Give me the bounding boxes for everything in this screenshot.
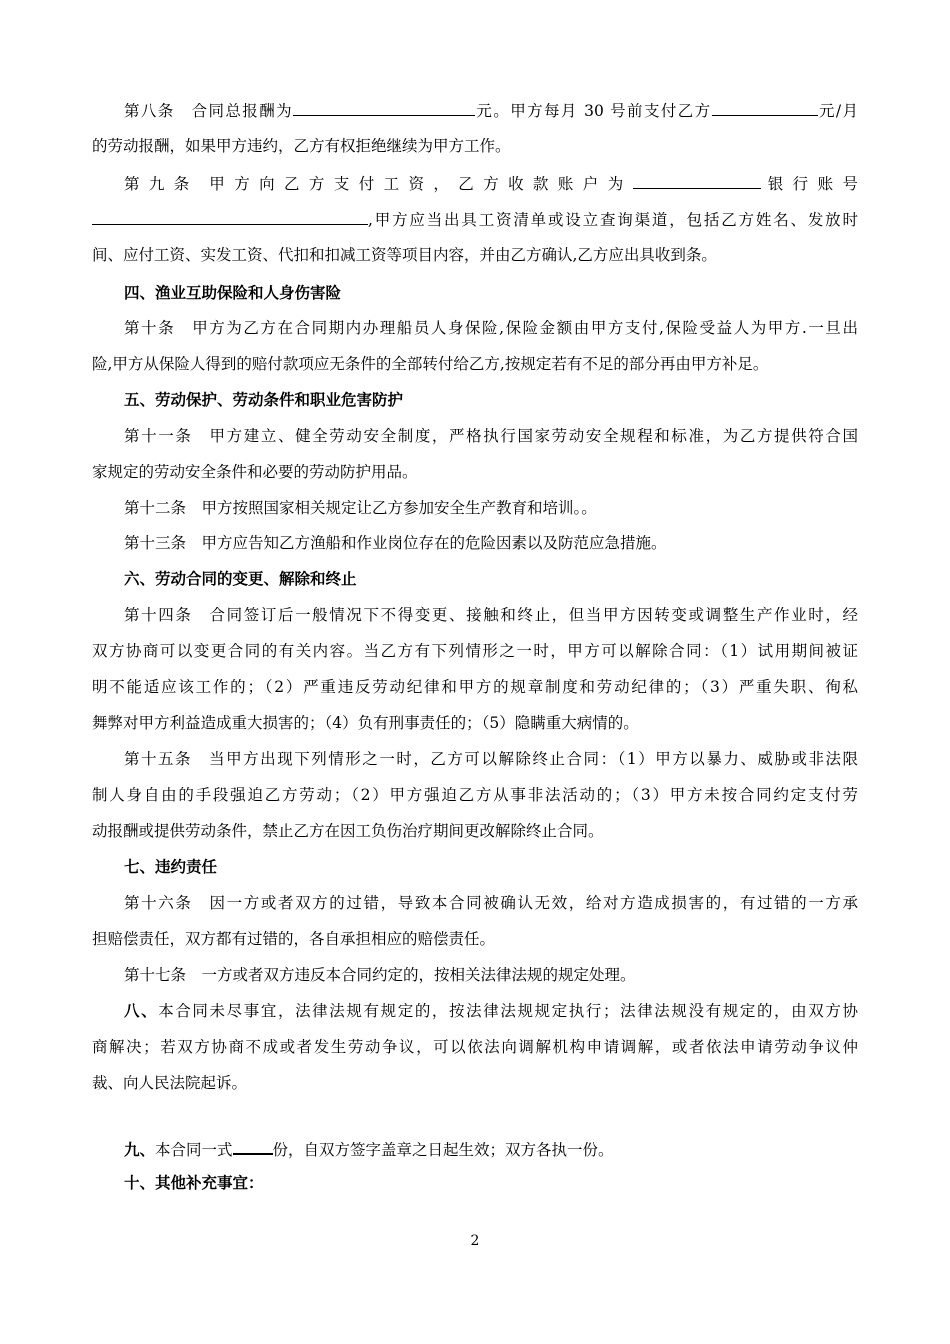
article-14-line-1: 第十四条 合同签订后一般情况下不得变更、接触和终止，但当甲方因转变或调整生产作业… [124, 605, 858, 625]
section-5-heading: 五、劳动保护、劳动条件和职业危害防护 [124, 390, 403, 410]
article-17-label: 第十七条 [124, 966, 186, 984]
section-9-prefix: 九、 [124, 1140, 155, 1159]
article-12-label: 第十二条 [124, 499, 186, 517]
article-9-text-2: 银 行 账 号 [768, 175, 858, 193]
article-11-line-1: 第十一条 甲方建立、健全劳动安全制度，严格执行国家劳动安全规程和标准，为乙方提供… [124, 426, 858, 446]
document-page: 第八条 合同总报酬为元。甲方每月 30 号前支付乙方元/月 的劳动报酬，如果甲方… [0, 0, 950, 1344]
article-15-line-1: 第十五条 当甲方出现下列情形之一时，乙方可以解除终止合同：（1）甲方以暴力、威胁… [124, 749, 858, 769]
bank-account-number-blank[interactable] [92, 209, 368, 225]
section-8-prefix: 八、 [124, 1001, 158, 1020]
section-7-heading: 七、违约责任 [124, 857, 217, 877]
section-8-line-1: 八、本合同未尽事宜，法律法规有规定的，按法律法规规定执行；法律法规没有规定的，由… [124, 1001, 858, 1021]
article-15-line-2: 制人身自由的手段强迫乙方劳动；（2）甲方强迫乙方从事非法活动的；（3）甲方未按合… [92, 785, 858, 805]
section-8-line-2: 商解决；若双方协商不成或者发生劳动争议，可以依法向调解机构申请调解，或者依法申请… [92, 1037, 858, 1057]
article-10-text: 甲方为乙方在合同期内办理船员人身保险,保险金额由甲方支付,保险受益人为甲方.一旦… [192, 319, 858, 337]
article-10-label: 第十条 [124, 319, 175, 337]
article-15-label: 第十五条 [124, 750, 192, 768]
article-12-text: 甲方按照国家相关规定让乙方参加安全生产教育和培训。。 [202, 499, 597, 517]
article-8-text-2: 元。甲方每月 30 号前支付乙方 [475, 102, 712, 120]
section-8-text: 本合同未尽事宜，法律法规有规定的，按法律法规规定执行；法律法规没有规定的，由双方… [158, 1002, 858, 1020]
article-16-line-2: 担赔偿责任，双方都有过错的，各自承担相应的赔偿责任。 [92, 929, 858, 949]
article-16-line-1: 第十六条 因一方或者双方的过错，导致本合同被确认无效，给对方造成损害的，有过错的… [124, 893, 858, 913]
article-15-text: 当甲方出现下列情形之一时，乙方可以解除终止合同：（1）甲方以暴力、威胁或非法限 [209, 750, 858, 768]
section-4-heading: 四、渔业互助保险和人身伤害险 [124, 283, 341, 303]
article-14-line-2: 双方协商可以变更合同的有关内容。当乙方有下列情形之一时，甲方可以解除合同：（1）… [92, 641, 858, 661]
article-10-line-1: 第十条 甲方为乙方在合同期内办理船员人身保险,保险金额由甲方支付,保险受益人为甲… [124, 318, 858, 338]
monthly-pay-blank[interactable] [712, 100, 818, 116]
article-14-line-4: 舞弊对甲方利益造成重大损害的；（4）负有刑事责任的；（5）隐瞒重大病情的。 [92, 713, 858, 733]
article-9-text-1: 甲 方 向 乙 方 支 付 工 资 ， 乙 方 收 款 账 户 为 [209, 175, 625, 193]
section-8-line-3: 裁、向人民法院起诉。 [92, 1073, 858, 1093]
account-blank[interactable] [633, 173, 761, 189]
article-13: 第十三条 甲方应告知乙方渔船和作业岗位存在的危险因素以及防范应急措施。 [124, 533, 858, 553]
section-9: 九、本合同一式份，自双方签字盖章之日起生效；双方各执一份。 [124, 1138, 614, 1160]
section-10-heading: 十、其他补充事宜： [124, 1173, 264, 1193]
article-14-line-3: 明不能适应该工作的；（2）严重违反劳动纪律和甲方的规章制度和劳动纪律的；（3）严… [92, 677, 858, 697]
article-9-line-1: 第 九 条 甲 方 向 乙 方 支 付 工 资 ， 乙 方 收 款 账 户 为 … [124, 173, 858, 194]
article-11-label: 第十一条 [124, 427, 192, 445]
copies-count-blank[interactable] [233, 1138, 273, 1155]
article-16-label: 第十六条 [124, 894, 192, 912]
article-11-text: 甲方建立、健全劳动安全制度，严格执行国家劳动安全规程和标准，为乙方提供符合国 [210, 427, 858, 445]
article-9-line-3: 间、应付工资、实发工资、代扣和扣减工资等项目内容，并由乙方确认,乙方应出具收到条… [92, 245, 858, 265]
article-11-line-2: 家规定的劳动安全条件和必要的劳动防护用品。 [92, 462, 858, 482]
article-17-text: 一方或者双方违反本合同约定的，按相关法律法规的规定处理。 [202, 966, 636, 984]
article-10-line-2: 险,甲方从保险人得到的赔付款项应无条件的全部转付给乙方,按规定若有不足的部分再由… [92, 354, 858, 374]
article-9-text-3: ,甲方应当出具工资清单或设立查询渠道，包括乙方姓名、发放时 [368, 211, 858, 229]
article-8-line-1: 第八条 合同总报酬为元。甲方每月 30 号前支付乙方元/月 [124, 100, 858, 121]
total-pay-blank[interactable] [293, 100, 475, 116]
article-17: 第十七条 一方或者双方违反本合同约定的，按相关法律法规的规定处理。 [124, 965, 858, 985]
article-8-label: 第八条 [124, 102, 175, 120]
article-8-text-3: 元/月 [818, 102, 858, 120]
article-12: 第十二条 甲方按照国家相关规定让乙方参加安全生产教育和培训。。 [124, 498, 858, 518]
article-13-label: 第十三条 [124, 534, 186, 552]
article-8-line-2: 的劳动报酬，如果甲方违约，乙方有权拒绝继续为甲方工作。 [92, 136, 858, 156]
article-8-text-1: 合同总报酬为 [192, 102, 293, 120]
article-9-line-2: ,甲方应当出具工资清单或设立查询渠道，包括乙方姓名、发放时 [92, 209, 858, 230]
article-14-label: 第十四条 [124, 606, 192, 624]
article-15-line-3: 动报酬或提供劳动条件，禁止乙方在因工负伤治疗期间更改解除终止合同。 [92, 821, 858, 841]
section-9-text-2: 份，自双方签字盖章之日起生效；双方各执一份。 [273, 1141, 614, 1159]
section-6-heading: 六、劳动合同的变更、解除和终止 [124, 569, 357, 589]
article-16-text: 因一方或者双方的过错，导致本合同被确认无效，给对方造成损害的，有过错的一方承 [210, 894, 858, 912]
article-13-text: 甲方应告知乙方渔船和作业岗位存在的危险因素以及防范应急措施。 [202, 534, 667, 552]
section-9-text-1: 本合同一式 [155, 1141, 233, 1159]
article-9-label: 第 九 条 [124, 175, 192, 193]
article-14-text: 合同签订后一般情况下不得变更、接触和终止，但当甲方因转变或调整生产作业时，经 [210, 606, 858, 624]
page-number: 2 [0, 1232, 950, 1250]
